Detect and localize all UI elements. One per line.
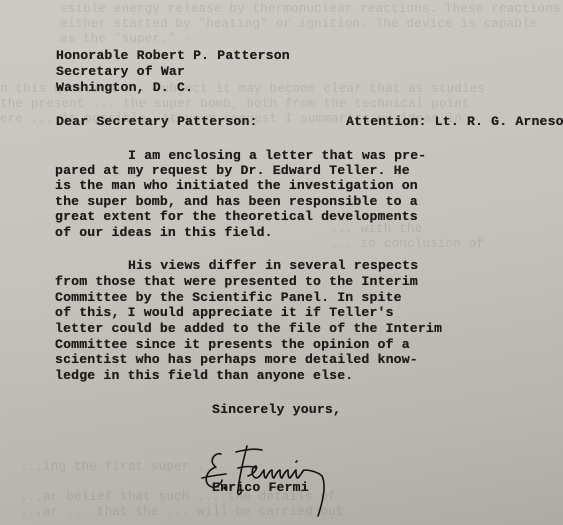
paragraph-line: pared at my request by Dr. Edward Teller…	[55, 163, 410, 179]
salutation: Dear Secretary Patterson:	[56, 114, 258, 129]
paragraph-line: great extent for the theoretical develop…	[55, 209, 418, 225]
paragraph-line: ledge in this field than anyone else.	[55, 368, 353, 384]
recipient-location: Washington, D. C.	[56, 80, 193, 96]
paragraph-line: of our ideas in this field.	[55, 225, 273, 241]
attention-line: Attention: Lt. R. G. Arneson	[346, 114, 563, 130]
signer-name: Enrico Fermi	[212, 480, 309, 496]
paragraph-line: letter could be added to the file of the…	[55, 321, 442, 337]
paragraph-line: Committee by the Scientific Panel. In sp…	[55, 290, 402, 306]
paragraph-line: from those that were presented to the In…	[55, 274, 418, 290]
paragraph-line: scientist who has perhaps more detailed …	[55, 352, 418, 368]
paragraph-line: I am enclosing a letter that was pre-	[55, 148, 426, 164]
paragraph-line: is the man who initiated the investigati…	[55, 178, 418, 194]
paragraph-line: His views differ in several respects	[55, 258, 418, 274]
closing: Sincerely yours,	[212, 402, 341, 418]
paragraph-line: Committee since it presents the opinion …	[55, 337, 410, 353]
paragraph-line: of this, I would appreciate it if Teller…	[55, 305, 394, 321]
paragraph-line: the super bomb, and has been responsible…	[55, 194, 418, 210]
recipient-name: Honorable Robert P. Patterson	[56, 48, 290, 64]
salutation-line: Dear Secretary Patterson: Attention: Lt.…	[56, 114, 258, 130]
recipient-title: Secretary of War	[56, 64, 185, 80]
handwritten-signature-icon	[200, 432, 380, 522]
